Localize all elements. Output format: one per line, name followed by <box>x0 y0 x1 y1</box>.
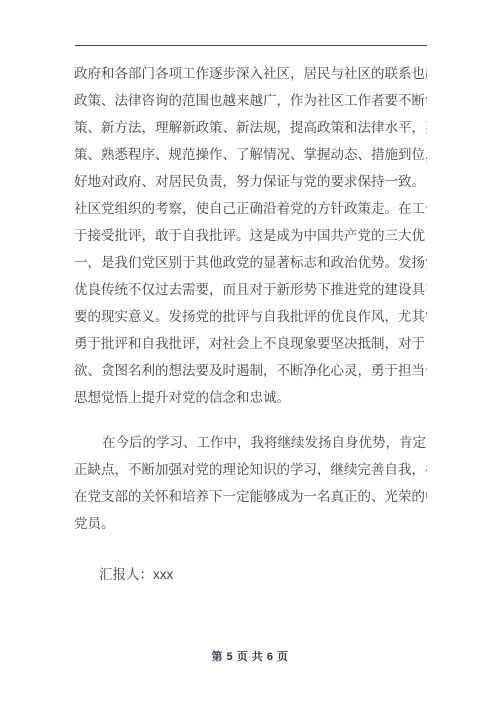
text-line: 政府和各部门各项工作逐步深入社区，居民与社区的联系也越来越多， <box>74 60 427 87</box>
paragraph-1: 政府和各部门各项工作逐步深入社区，居民与社区的联系也越来越多，政策、法律咨询的范… <box>74 60 427 411</box>
text-line: 政策、法律咨询的范围也越来越广，作为社区工作者要不断学习新政 <box>74 87 427 114</box>
page-number-footer: 第 5 页 共 6 页 <box>0 648 500 664</box>
text-line: 党员。 <box>74 510 427 537</box>
header-divider <box>75 45 427 46</box>
document-body: 政府和各部门各项工作逐步深入社区，居民与社区的联系也越来越多，政策、法律咨询的范… <box>74 60 427 588</box>
text-line: 正缺点，不断加强对党的理论知识的学习，继续完善自我，相信自己 <box>74 456 427 483</box>
text-line: 在今后的学习、工作中，我将继续发扬自身优势，肯定成绩，改 <box>74 429 427 456</box>
text-line: 策、新方法，理解新政策、新法规，提高政策和法律水平，要吃透政 <box>74 114 427 141</box>
document-page: 政府和各部门各项工作逐步深入社区，居民与社区的联系也越来越多，政策、法律咨询的范… <box>0 0 500 707</box>
text-line: 要的现实意义。发扬党的批评与自我批评的优良作风，尤其需要我们 <box>74 303 427 330</box>
text-line: 在党支部的关怀和培养下一定能够成为一名真正的、光荣的中国共产 <box>74 483 427 510</box>
paragraph-2: 在今后的学习、工作中，我将继续发扬自身优势，肯定成绩，改正缺点，不断加强对党的理… <box>74 429 427 537</box>
text-line: 策、熟悉程序、规范操作、了解情况、掌握动态、措施到位，以便更 <box>74 141 427 168</box>
text-line: 思想觉悟上提升对党的信念和忠诚。 <box>74 384 427 411</box>
signoff-line: 汇报人：xxx <box>74 561 427 588</box>
text-line: 一，是我们党区别于其他政党的显著标志和政治优势。发扬党的这一 <box>74 249 427 276</box>
text-line: 社区党组织的考察，使自己正确沿着党的方针政策走。在工作中要勇 <box>74 195 427 222</box>
text-line: 好地对政府、对居民负责，努力保证与党的要求保持一致。自觉接受 <box>74 168 427 195</box>
text-line: 于接受批评，敢于自我批评。这是成为中国共产党的三大优良作风之 <box>74 222 427 249</box>
text-line: 勇于批评和自我批评，对社会上不良现象要坚决抵制，对于自身的私 <box>74 330 427 357</box>
text-line: 欲、贪图名利的想法要及时遏制，不断净化心灵，勇于担当使命，从 <box>74 357 427 384</box>
text-line: 优良传统不仅过去需要，而且对于新形势下推进党的建设具有更加重 <box>74 276 427 303</box>
